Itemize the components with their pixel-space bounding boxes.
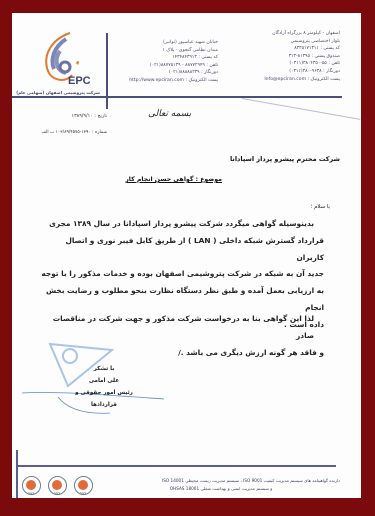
- letter-page: EPC شرکت پتروشیمی اصفهان (سهامی عام) خیا…: [12, 13, 361, 498]
- address-tehran: خیابان شهید عباسپور (توانیر) میدان نظامی…: [112, 39, 218, 85]
- sgs-badge-2: SGS: [48, 476, 67, 495]
- address-line: اصفهان - کیلومتر ۸ بزرگراه آزادگان: [234, 30, 340, 38]
- signature-name: علی امامی: [64, 375, 144, 387]
- paragraph-line: بدینوسیله گواهی میگردد شرکت پیشرو پرداز …: [38, 216, 324, 233]
- bismillah: بسمه تعالی: [148, 109, 191, 119]
- sgs-badge-3: SGS: [74, 476, 93, 495]
- address-line: دورنگار : ۹۶۳۸-۳۸۰(۰۳۱۱): [234, 68, 340, 76]
- address-line: تلفن : ۸۸۷۷۲۹۴۹ - ۸۸۷۷۵۱۳۹(۰۲۱): [112, 62, 218, 70]
- signature-title: رئیس امور حقوقی و قراردادها: [64, 387, 144, 411]
- address-line: بلوار اختصاصی پتروشیمی: [234, 38, 340, 46]
- certifications-line: دارنده گواهینامه های سیستم مدیریت کیفیت …: [102, 477, 340, 485]
- address-line: صندوق پستی : ۸۱۳۹۵-۳۱۳: [234, 53, 340, 61]
- sgs-badge-1: SGS: [22, 476, 41, 495]
- header-swoosh: [242, 98, 360, 120]
- reference-number: شماره : ۱۳۹۰-۱۰۳/۸۹/۴۵۷۵ ب الف: [20, 130, 107, 135]
- company-logo: EPC: [32, 29, 96, 89]
- signature-closing: با تشکر: [64, 363, 144, 375]
- email-link[interactable]: پست الکترونیک : Info@epciran.com: [234, 76, 340, 84]
- footer-divider: [16, 450, 18, 498]
- certifications-line: و سیستم مدیریت ایمنی و بهداشت شغلی OHSAS…: [102, 485, 340, 493]
- epc-logo-icon: EPC: [32, 29, 96, 89]
- svg-text:EPC: EPC: [68, 75, 91, 87]
- paragraph-line: جدید آن به شبکه در شرکت پتروشیمی اصفهان …: [38, 266, 324, 283]
- subject: موضوع : گواهی حسن انجام کار: [112, 176, 222, 183]
- signature-block: با تشکر علی امامی رئیس امور حقوقی و قرار…: [64, 363, 144, 411]
- recipient: شرکت محترم پیشرو پرداز اسپادانا: [172, 155, 340, 163]
- header-rule: [12, 96, 342, 98]
- footer-rule: [16, 465, 336, 467]
- address-line: خیابان شهید عباسپور (توانیر): [112, 39, 218, 47]
- address-line: کد پستی : ۱۴۳۴۸۴۳۹۱۳: [112, 54, 218, 62]
- paragraph-line: قرارداد گسترش شبکه داخلی ( LAN ) از طریق…: [38, 233, 324, 267]
- address-isfahan: اصفهان - کیلومتر ۸ بزرگراه آزادگان بلوار…: [234, 30, 340, 83]
- address-line: کد پستی : ۸۳۳۵۱۷۱۳۱۱: [234, 45, 340, 53]
- address-line: میدان نظامی گنجوی - پلاک ۱: [112, 47, 218, 55]
- certifications-text: دارنده گواهینامه های سیستم مدیریت کیفیت …: [102, 477, 340, 493]
- date-label: تاریخ : ۱۳۸۹/۹/۱۰: [32, 114, 107, 119]
- website-link[interactable]: پست الکترونیک : http://www.epciran.com: [112, 77, 218, 85]
- address-line: دورنگار : ۸۸۸۸۸۲۳۹(۰۲۱): [112, 69, 218, 77]
- salutation: با سلام ؛: [282, 204, 330, 210]
- address-line: تلفن : ۵۵-۳۸۰۴۳۵۰(۰۳۱۱): [234, 60, 340, 68]
